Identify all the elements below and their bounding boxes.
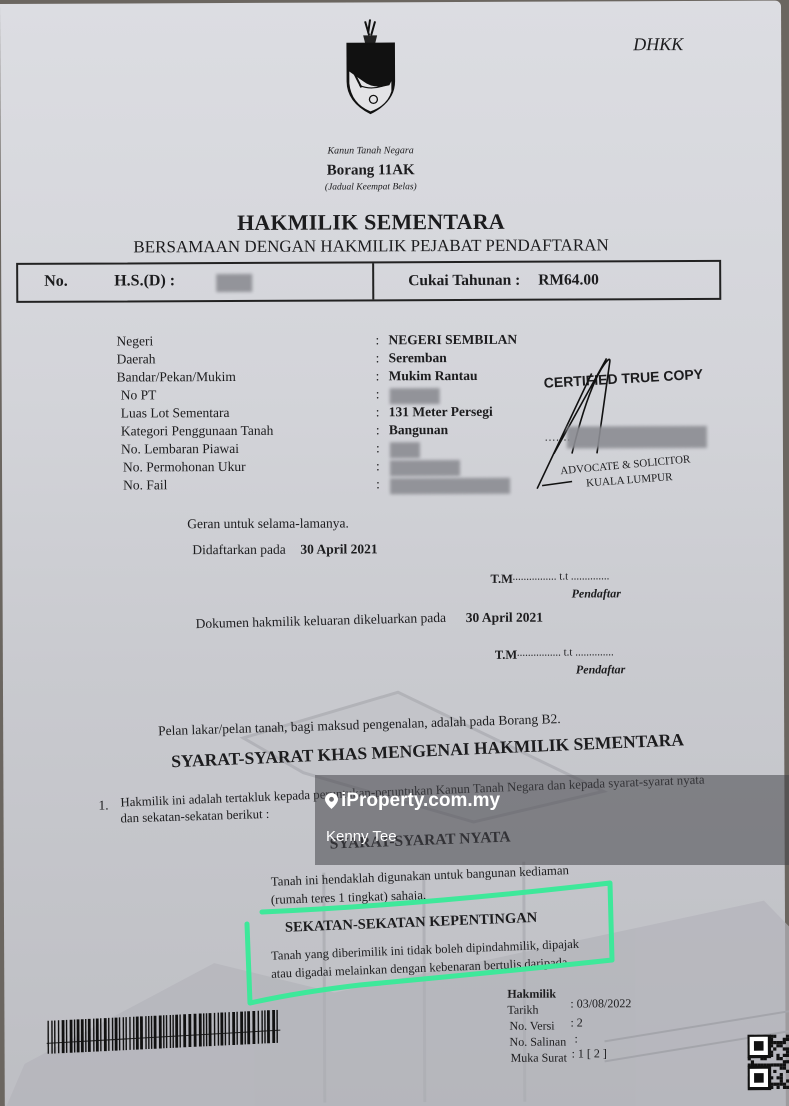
watermark-logo: iProperty.com.my [325, 790, 500, 812]
watermark-agent: Kenny Tee [326, 828, 397, 845]
watermark-overlay: iProperty.com.my Kenny Tee [315, 775, 789, 865]
watermark-site: iProperty.com.my [341, 790, 500, 812]
map-pin-icon [325, 793, 338, 809]
highlight-annotation [0, 0, 789, 1106]
